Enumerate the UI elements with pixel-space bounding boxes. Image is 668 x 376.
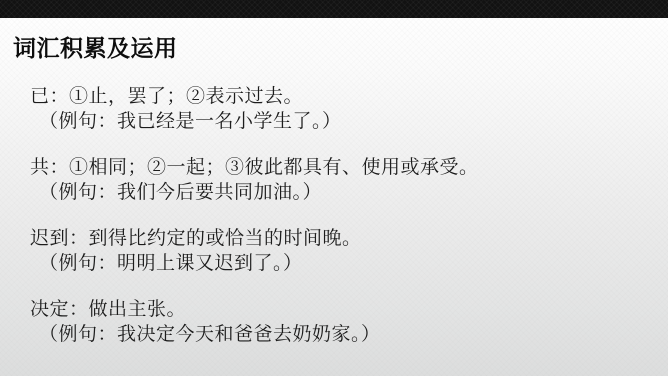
vocab-entry: 迟到：到得比约定的或恰当的时间晚。 （例句：明明上课又迟到了。） bbox=[0, 226, 668, 276]
definition-line: 共：①相同；②一起；③彼此都具有、使用或承受。 bbox=[0, 155, 668, 180]
top-accent-bar bbox=[0, 0, 668, 18]
example-line: （例句：我已经是一名小学生了。） bbox=[0, 109, 668, 134]
vocab-list: 已：①止，罢了；②表示过去。 （例句：我已经是一名小学生了。） 共：①相同；②一… bbox=[0, 84, 668, 368]
slide: 词汇积累及运用 已：①止，罢了；②表示过去。 （例句：我已经是一名小学生了。） … bbox=[0, 0, 668, 376]
vocab-entry: 已：①止，罢了；②表示过去。 （例句：我已经是一名小学生了。） bbox=[0, 84, 668, 134]
page-title: 词汇积累及运用 bbox=[13, 30, 178, 63]
definition-line: 决定：做出主张。 bbox=[0, 297, 668, 322]
definition-line: 迟到：到得比约定的或恰当的时间晚。 bbox=[0, 226, 668, 251]
example-line: （例句：明明上课又迟到了。） bbox=[0, 251, 668, 276]
example-line: （例句：我决定今天和爸爸去奶奶家。） bbox=[0, 322, 668, 347]
definition-line: 已：①止，罢了；②表示过去。 bbox=[0, 84, 668, 109]
vocab-entry: 决定：做出主张。 （例句：我决定今天和爸爸去奶奶家。） bbox=[0, 297, 668, 347]
vocab-entry: 共：①相同；②一起；③彼此都具有、使用或承受。 （例句：我们今后要共同加油。） bbox=[0, 155, 668, 205]
example-line: （例句：我们今后要共同加油。） bbox=[0, 180, 668, 205]
